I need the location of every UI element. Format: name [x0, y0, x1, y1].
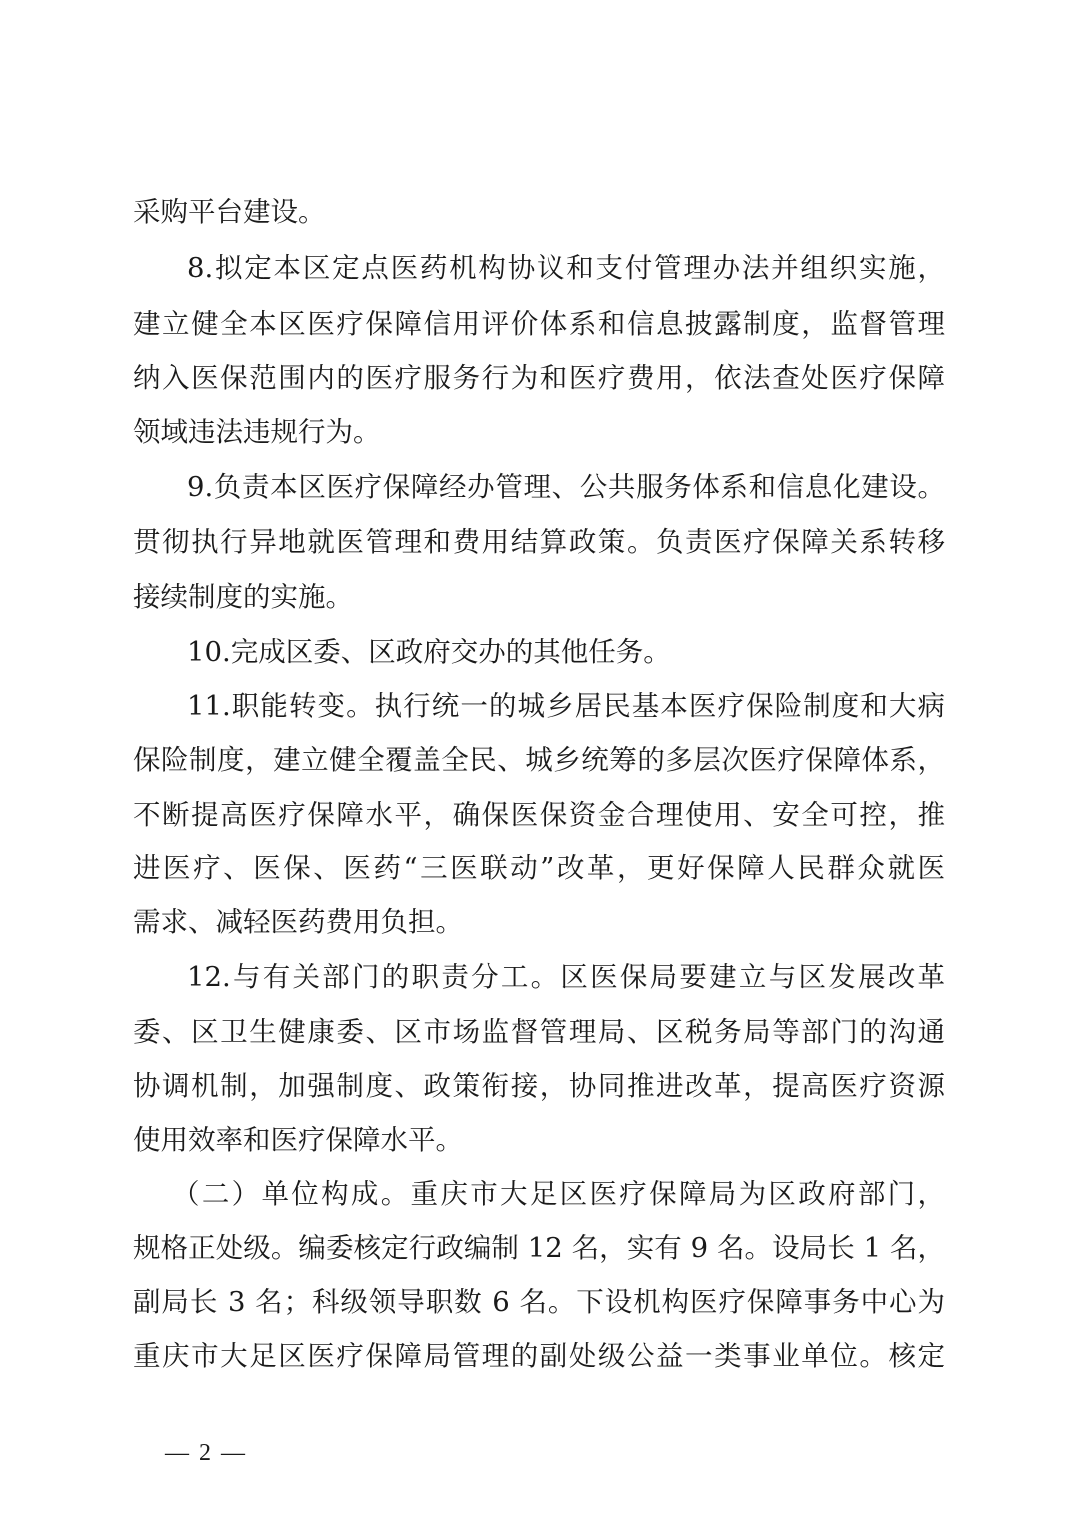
text-line: 11.职能转变。执行统一的城乡居民基本医疗保险制度和大病	[187, 686, 945, 726]
document-page: 采购平台建设。8.拟定本区定点医药机构协议和支付管理办法并组织实施，建立健全本区…	[0, 0, 1074, 1520]
text-line: 副局长 3 名；科级领导职数 6 名。下设机构医疗保障事务中心为	[133, 1282, 945, 1322]
text-line: 重庆市大足区医疗保障局管理的副处级公益一类事业单位。核定	[133, 1336, 945, 1376]
text-line: 12.与有关部门的职责分工。区医保局要建立与区发展改革	[187, 957, 945, 997]
text-line: 规格正处级。编委核定行政编制 12 名，实有 9 名。设局长 1 名，	[133, 1228, 945, 1268]
text-line: 使用效率和医疗保障水平。	[133, 1120, 945, 1160]
text-line: 进医疗、医保、医药“三医联动”改革，更好保障人民群众就医	[133, 848, 945, 888]
text-line: 纳入医保范围内的医疗服务行为和医疗费用，依法查处医疗保障	[133, 358, 945, 398]
text-line: 建立健全本区医疗保障信用评价体系和信息披露制度，监督管理	[133, 304, 945, 344]
text-line: 贯彻执行异地就医管理和费用结算政策。负责医疗保障关系转移	[133, 522, 945, 562]
text-line: 采购平台建设。	[133, 192, 945, 232]
text-line: 接续制度的实施。	[133, 577, 945, 617]
text-line: 领域违法违规行为。	[133, 412, 945, 452]
text-line: 协调机制，加强制度、政策衔接，协同推进改革，提高医疗资源	[133, 1066, 945, 1106]
text-line: 保险制度，建立健全覆盖全民、城乡统筹的多层次医疗保障体系，	[133, 740, 945, 780]
text-line: 需求、减轻医药费用负担。	[133, 902, 945, 942]
text-line: 委、区卫生健康委、区市场监督管理局、区税务局等部门的沟通	[133, 1012, 945, 1052]
text-line: 8.拟定本区定点医药机构协议和支付管理办法并组织实施，	[187, 248, 945, 288]
text-line: 10.完成区委、区政府交办的其他任务。	[187, 632, 945, 672]
page-number: — 2 —	[165, 1440, 247, 1467]
text-line: （二）单位构成。重庆市大足区医疗保障局为区政府部门，	[172, 1174, 945, 1214]
text-line: 9.负责本区医疗保障经办管理、公共服务体系和信息化建设。	[187, 467, 945, 507]
text-line: 不断提高医疗保障水平，确保医保资金合理使用、安全可控，推	[133, 795, 945, 835]
